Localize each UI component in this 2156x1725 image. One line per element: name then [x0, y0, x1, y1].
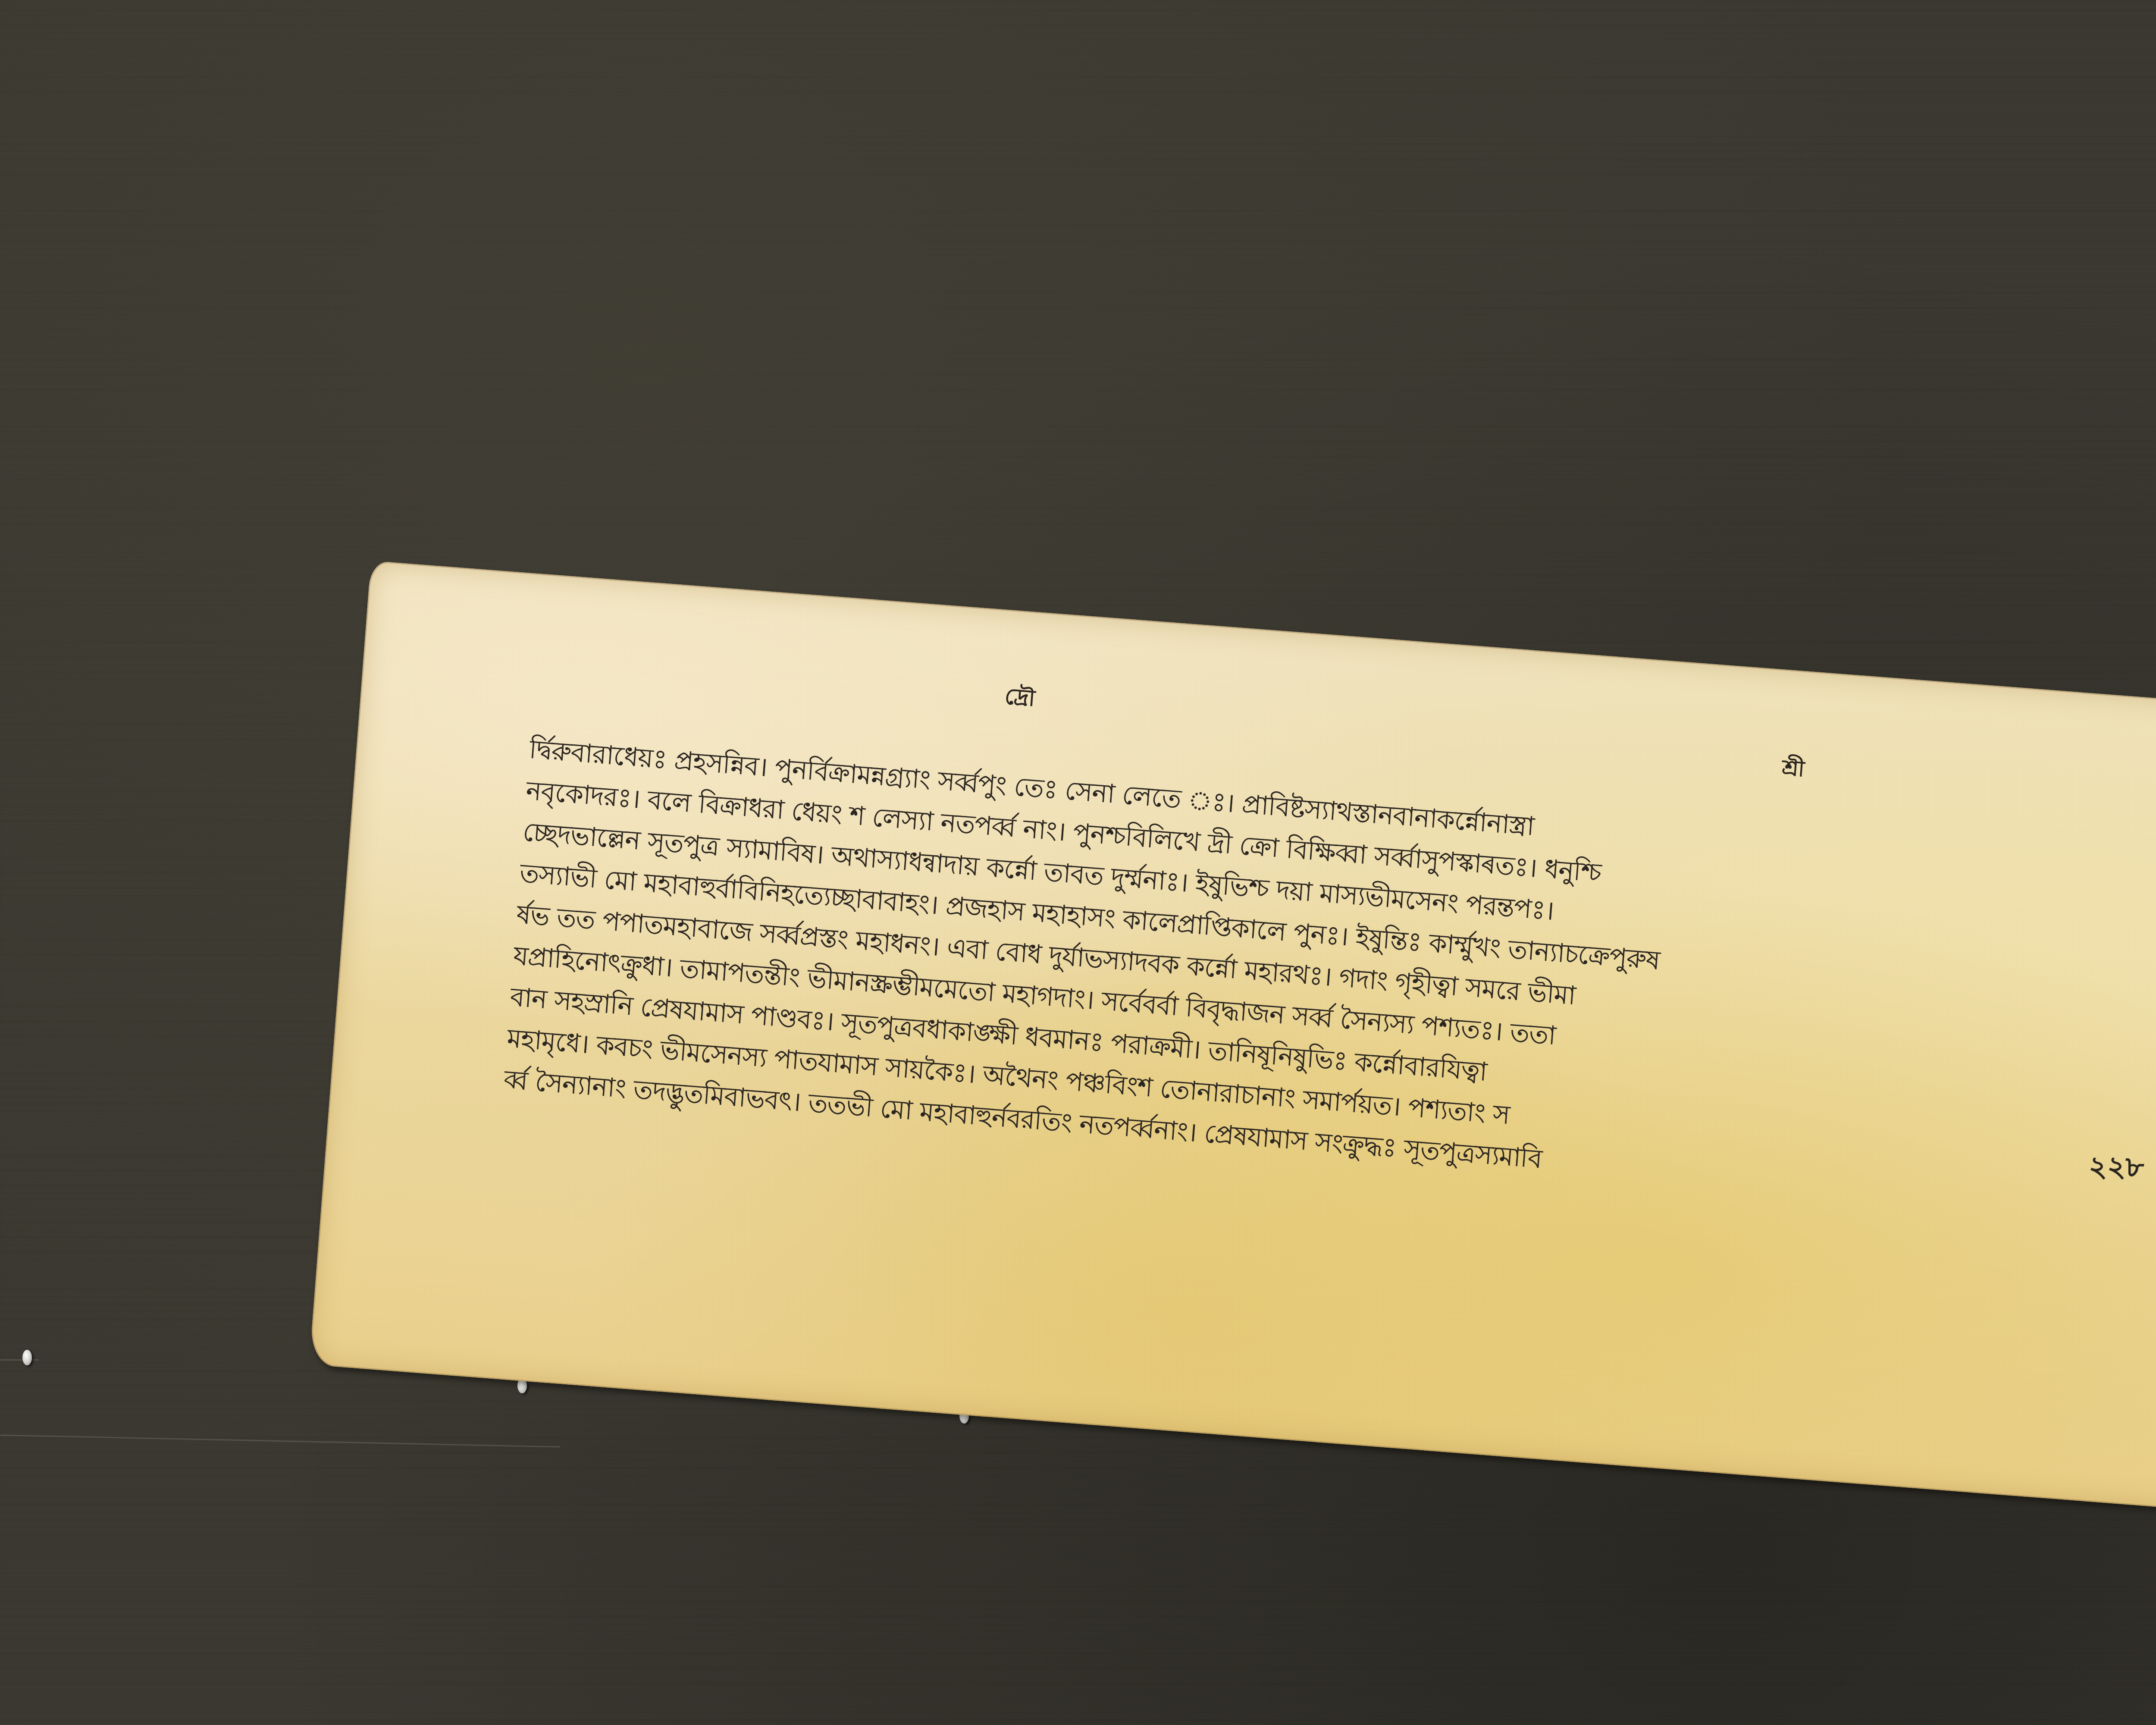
board-scratch — [0, 1359, 39, 1361]
folio-number: ২২৮ — [2089, 1145, 2144, 1192]
header-mark-right: শ্রী — [1780, 752, 1805, 789]
manuscript-text: ৰ্দ্বিরুবারাধেয়ঃ প্রহসন্নিব। পুনর্বিক্র… — [502, 729, 2062, 1218]
manuscript-folio: দ্রৌ শ্রী ৰ্দ্বিরুবারাধেয়ঃ প্রহসন্নিব। … — [309, 561, 2156, 1512]
board-scratch — [0, 1434, 561, 1447]
mounting-pin — [22, 1350, 32, 1365]
header-mark-left: দ্রৌ — [1003, 679, 1037, 718]
